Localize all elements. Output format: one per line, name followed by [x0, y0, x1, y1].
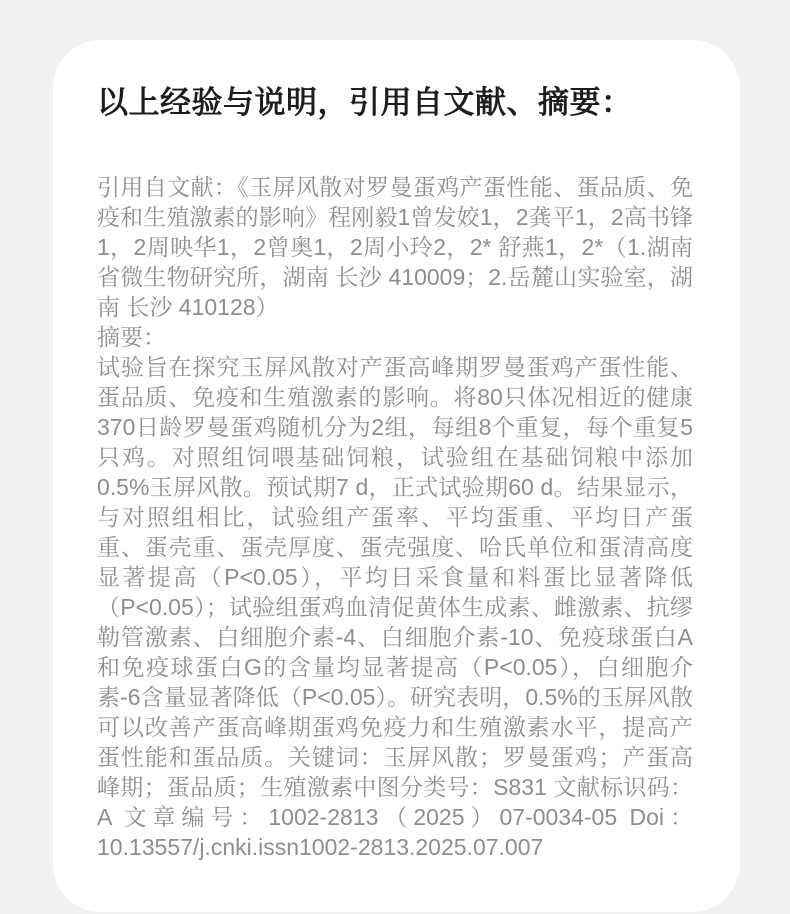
article-body: 引用自文献：《玉屏风散对罗曼蛋鸡产蛋性能、蛋品质、免疫和生殖激素的影响》程刚毅1…	[97, 172, 693, 862]
citation-text: 引用自文献：《玉屏风散对罗曼蛋鸡产蛋性能、蛋品质、免疫和生殖激素的影响》程刚毅1…	[97, 172, 693, 322]
content-card: 以上经验与说明，引用自文献、摘要： 引用自文献：《玉屏风散对罗曼蛋鸡产蛋性能、蛋…	[53, 40, 740, 912]
abstract-label: 摘要：	[97, 322, 693, 352]
page-background: 以上经验与说明，引用自文献、摘要： 引用自文献：《玉屏风散对罗曼蛋鸡产蛋性能、蛋…	[0, 0, 790, 914]
abstract-text: 试验旨在探究玉屏风散对产蛋高峰期罗曼蛋鸡产蛋性能、蛋品质、免疫和生殖激素的影响。…	[97, 352, 693, 862]
page-title: 以上经验与说明，引用自文献、摘要：	[97, 82, 693, 124]
